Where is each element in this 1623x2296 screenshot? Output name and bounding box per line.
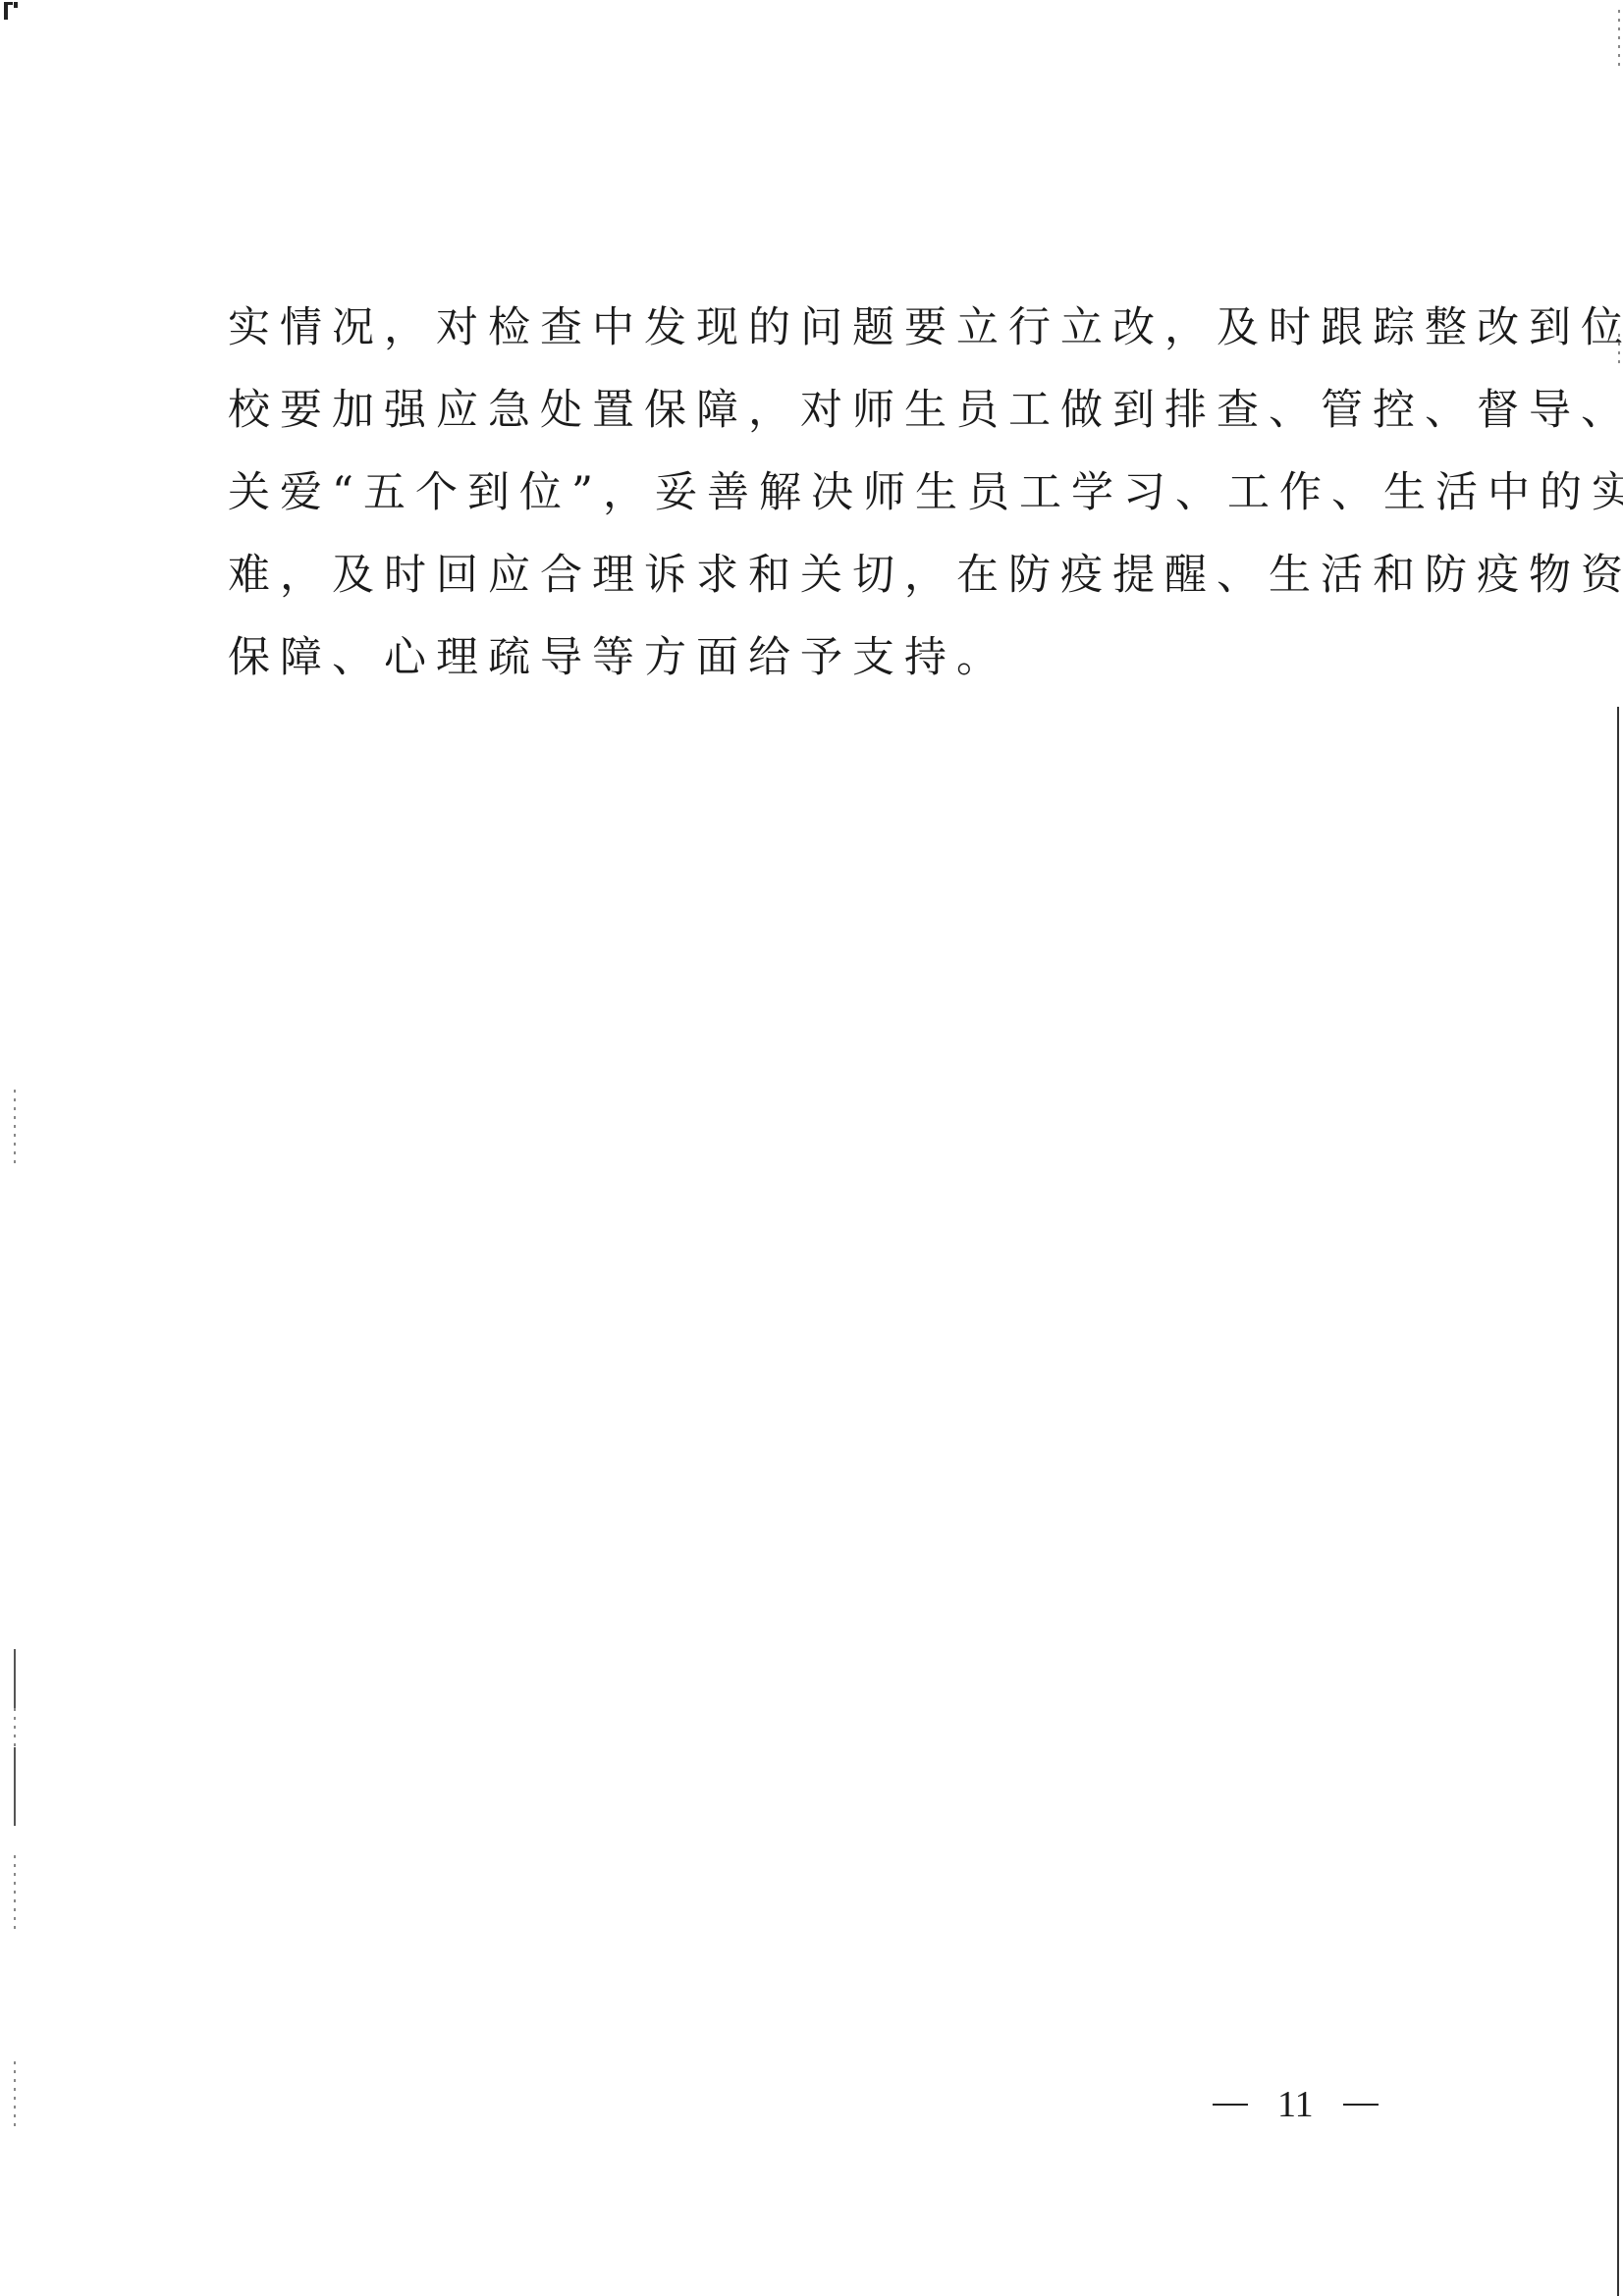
scan-margin-line <box>1617 707 1619 2296</box>
scan-corner-mark <box>4 2 8 20</box>
paragraph-line: 关爱“五个到位”，妥善解决师生员工学习、工作、生活中的实际困 <box>228 464 1426 521</box>
paragraph-line: 实情况，对检查中发现的问题要立行立改，及时跟踪整改到位。学 <box>228 299 1426 356</box>
dash-right <box>1343 2104 1379 2106</box>
scan-margin-line <box>14 1649 16 1708</box>
document-page: 实情况，对检查中发现的问题要立行立改，及时跟踪整改到位。学 校要加强应急处置保障… <box>0 0 1623 2296</box>
scan-margin-line <box>14 1747 16 1826</box>
paragraph-line: 校要加强应急处置保障，对师生员工做到排查、管控、督导、宣教、 <box>228 382 1426 439</box>
page-number-footer: 11 <box>1213 2081 1379 2128</box>
dash-left <box>1213 2104 1248 2106</box>
scan-margin-mark <box>14 1855 16 1934</box>
paragraph-line: 保障、心理疏导等方面给予支持。 <box>228 629 1426 686</box>
scan-corner-mark <box>14 2 18 8</box>
body-paragraph: 实情况，对检查中发现的问题要立行立改，及时跟踪整改到位。学 校要加强应急处置保障… <box>228 299 1426 712</box>
paragraph-line: 难，及时回应合理诉求和关切，在防疫提醒、生活和防疫物资、医疗 <box>228 547 1426 604</box>
scan-margin-mark <box>14 2061 16 2130</box>
page-number: 11 <box>1277 2081 1314 2128</box>
scan-margin-mark <box>1618 10 1620 69</box>
scan-margin-mark <box>14 1090 16 1168</box>
